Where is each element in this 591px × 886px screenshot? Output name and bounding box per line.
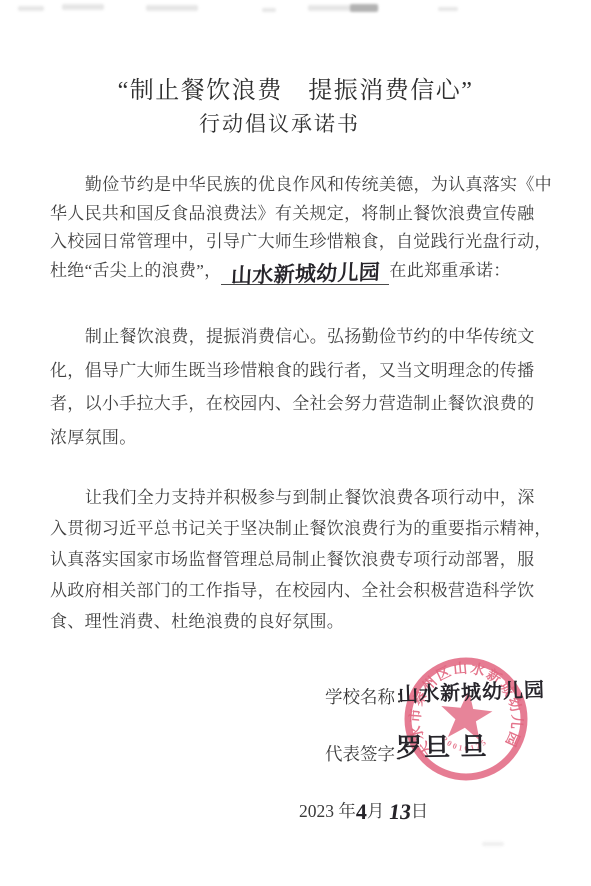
handwritten-date-day: 13 bbox=[387, 799, 413, 825]
scan-artifact bbox=[262, 8, 276, 12]
paragraph-line: 入校园日常管理中，引导广大师生珍惜粮食，自觉践行光盘行动， bbox=[50, 228, 540, 257]
paragraph-2: 制止餐饮浪费，提振消费信心。弘扬勤俭节约的中华传统文 化，倡导广大师生既当珍惜粮… bbox=[50, 320, 540, 454]
paragraph-line: 杜绝“舌尖上的浪费”，山水新城幼儿园在此郑重承诺： bbox=[50, 257, 540, 286]
paragraph-3: 让我们全力支持并积极参与到制止餐饮浪费各项行动中，深 入贯彻习近平总书记关于坚决… bbox=[50, 482, 540, 637]
paragraph-line: 食、理性消费、杜绝浪费的良好氛围。 bbox=[50, 606, 540, 637]
document-title-line1: “制止餐饮浪费 提振消费信心” bbox=[0, 70, 591, 105]
scan-artifact bbox=[18, 6, 44, 11]
scan-artifact bbox=[146, 5, 198, 11]
handwritten-date-month: 4 bbox=[356, 799, 367, 824]
paragraph-line: 让我们全力支持并积极参与到制止餐饮浪费各项行动中，深 bbox=[50, 482, 540, 513]
handwritten-school-name-inline: 山水新城幼儿园 bbox=[230, 258, 380, 290]
paragraph-line: 华人民共和国反食品浪费法》有关规定，将制止餐饮浪费宣传融 bbox=[50, 200, 540, 229]
date-line: 2023 年4月 13日 bbox=[299, 798, 428, 825]
pledge-document: “制止餐饮浪费 提振消费信心” 行动倡议承诺书 勤俭节约是中华民族的优良作风和传… bbox=[0, 0, 591, 886]
handwritten-school-name-signature: 山水新城幼儿园 bbox=[398, 673, 546, 707]
paragraph-line: 认真落实国家市场监督管理总局制止餐饮浪费专项行动部署，服 bbox=[50, 544, 540, 575]
paragraph-line: 勤俭节约是中华民族的优良作风和传统美德，为认真落实《中 bbox=[50, 171, 540, 200]
scan-artifact bbox=[350, 4, 378, 12]
line4-suffix: 在此郑重承诺： bbox=[389, 261, 510, 280]
scan-artifact bbox=[62, 4, 104, 10]
line4-prefix: 杜绝“舌尖上的浪费”， bbox=[50, 261, 221, 280]
date-day-unit: 日 bbox=[411, 801, 429, 821]
paragraph-line: 者，以小手拉大手，在校园内、全社会努力营造制止餐饮浪费的 bbox=[50, 387, 540, 421]
date-year: 2023 年 bbox=[299, 801, 356, 821]
handwritten-representative-signature: 罗旦 旦 bbox=[396, 726, 489, 765]
paragraph-line: 从政府相关部门的工作指导，在校园内、全社会积极营造科学饮 bbox=[50, 575, 540, 606]
scan-artifact bbox=[438, 7, 458, 11]
paragraph-1: 勤俭节约是中华民族的优良作风和传统美德，为认真落实《中 华人民共和国反食品浪费法… bbox=[50, 171, 540, 285]
document-title-line2: 行动倡议承诺书 bbox=[0, 108, 575, 138]
paragraph-line: 入贯彻习近平总书记关于坚决制止餐饮浪费行为的重要指示精神， bbox=[50, 513, 540, 544]
paragraph-line: 化，倡导广大师生既当珍惜粮食的践行者，又当文明理念的传播 bbox=[50, 354, 540, 388]
official-seal: 天水市秦州区山水新城幼儿园 20010125 bbox=[398, 651, 534, 787]
paragraph-line: 浓厚氛围。 bbox=[50, 421, 540, 455]
scan-artifact bbox=[482, 842, 504, 846]
paragraph-line: 制止餐饮浪费，提振消费信心。弘扬勤俭节约的中华传统文 bbox=[50, 320, 540, 354]
signature-underline: 山水新城幼儿园 bbox=[221, 260, 389, 285]
date-month-unit: 月 bbox=[367, 801, 385, 821]
